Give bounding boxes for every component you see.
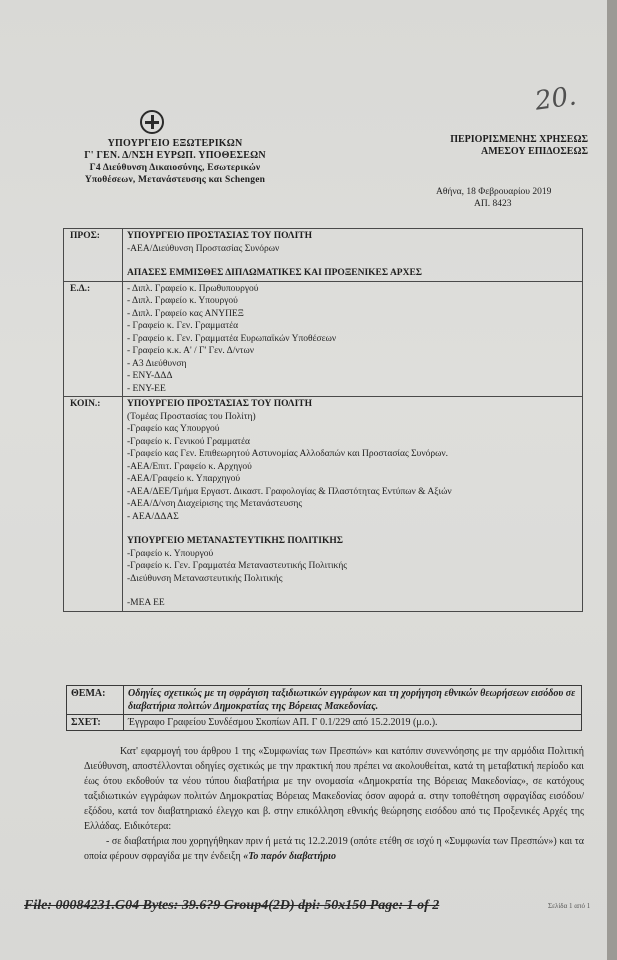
subject-text: Οδηγίες σχετικώς με τη σφράγιση ταξιδιωτ… (124, 686, 582, 715)
classification-restricted: ΠΕΡΙΟΡΙΣΜΕΝΗΣ ΧΡΗΣΕΩΣ (420, 134, 588, 146)
pros-label: ΠΡΟΣ: (64, 229, 123, 282)
handwritten-note: 20. (533, 81, 578, 116)
scan-edge (607, 0, 617, 960)
koin-subheading: (Τομέας Προστασίας του Πολίτη) (127, 411, 578, 424)
protocol-number: ΑΠ. 8423 (436, 198, 551, 210)
list-item: -ΑΕΑ/Γραφείο κ. Υπαρχηγού (127, 473, 578, 486)
pros-heading: ΥΠΟΥΡΓΕΙΟ ΠΡΟΣΤΑΣΙΑΣ ΤΟΥ ΠΟΛΙΤΗ (127, 230, 578, 243)
list-item: - ΑΕΑ/ΔΔΑΣ (127, 511, 578, 524)
list-item: -Γραφείο κ. Γενικού Γραμματέα (127, 436, 578, 449)
sender-block: ΥΠΟΥΡΓΕΙΟ ΕΞΩΤΕΡΙΚΩΝ Γ' ΓΕΝ. Δ/ΝΣΗ ΕΥΡΩΠ… (60, 138, 290, 186)
list-item: -Γραφείο κ. Γεν. Γραμματέα Μεταναστευτικ… (127, 560, 578, 573)
list-item: -ΑΕΑ/ΔΕΕ/Τμήμα Εργαστ. Δικαστ. Γραφολογί… (127, 486, 578, 499)
ed-content: - Διπλ. Γραφείο κ. Πρωθυπουργού - Διπλ. … (123, 281, 583, 397)
document-page: 20. ΥΠΟΥΡΓΕΙΟ ΕΞΩΤΕΡΙΚΩΝ Γ' ΓΕΝ. Δ/ΝΣΗ Ε… (0, 0, 617, 960)
list-item: - Διπλ. Γραφείο κ. Υπουργού (127, 295, 578, 308)
date-block: Αθήνα, 18 Φεβρουαρίου 2019 ΑΠ. 8423 (436, 186, 551, 210)
list-item: -ΜΕΑ ΕΕ (127, 597, 578, 610)
list-item: -Γραφείο κ. Υπουργού (127, 548, 578, 561)
list-item: - Γραφείο κ. Γεν. Γραμματέα Ευρωπαϊκών Υ… (127, 333, 578, 346)
list-item: - ΕΝΥ-ΕΕ (127, 383, 578, 396)
list-item: -Γραφείο κας Γεν. Επιθεωρητού Αστυνομίας… (127, 448, 578, 461)
list-item: -Διεύθυνση Μεταναστευτικής Πολιτικής (127, 573, 578, 586)
reference-row: ΣΧΕΤ: Έγγραφο Γραφείου Συνδέσμου Σκοπίων… (67, 715, 582, 731)
document-body: Κατ' εφαρμογή του άρθρου 1 της «Συμφωνία… (84, 744, 584, 864)
classification-urgent: ΑΜΕΣΟΥ ΕΠΙΔΟΣΕΩΣ (420, 146, 588, 158)
koin-label: ΚΟΙΝ.: (64, 397, 123, 612)
reference-label: ΣΧΕΤ: (67, 715, 124, 731)
list-item: - Διπλ. Γραφείο κ. Πρωθυπουργού (127, 283, 578, 296)
list-item: -ΑΕΑ/Επιτ. Γραφείο κ. Αρχηγού (127, 461, 578, 474)
subject-table: ΘΕΜΑ: Οδηγίες σχετικώς με τη σφράγιση τα… (66, 685, 582, 731)
sender-department: Γ4 Διεύθυνση Δικαιοσύνης, Εσωτερικών (60, 162, 290, 174)
fax-header-line: File: 00084231.G04 Bytes: 39.6?9 Group4(… (24, 898, 584, 914)
recipients-row-pros: ΠΡΟΣ: ΥΠΟΥΡΓΕΙΟ ΠΡΟΣΤΑΣΙΑΣ ΤΟΥ ΠΟΛΙΤΗ -Α… (64, 229, 583, 282)
sender-department-2: Υποθέσεων, Μετανάστευσης και Schengen (60, 174, 290, 186)
recipients-row-koin: ΚΟΙΝ.: ΥΠΟΥΡΓΕΙΟ ΠΡΟΣΤΑΣΙΑΣ ΤΟΥ ΠΟΛΙΤΗ (… (64, 397, 583, 612)
koin-heading-2: ΥΠΟΥΡΓΕΙΟ ΜΕΤΑΝΑΣΤΕΥΤΙΚΗΣ ΠΟΛΙΤΙΚΗΣ (127, 535, 578, 548)
body-paragraph: Κατ' εφαρμογή του άρθρου 1 της «Συμφωνία… (84, 744, 584, 834)
sender-ministry: ΥΠΟΥΡΓΕΙΟ ΕΞΩΤΕΡΙΚΩΝ (60, 138, 290, 150)
greek-coat-of-arms-icon (140, 110, 164, 134)
classification-block: ΠΕΡΙΟΡΙΣΜΕΝΗΣ ΧΡΗΣΕΩΣ ΑΜΕΣΟΥ ΕΠΙΔΟΣΕΩΣ (420, 134, 588, 158)
list-item: - Γραφείο κ.κ. Α' / Γ' Γεν. Δ/ντων (127, 345, 578, 358)
sender-directorate: Γ' ΓΕΝ. Δ/ΝΣΗ ΕΥΡΩΠ. ΥΠΟΘΕΣΕΩΝ (60, 150, 290, 162)
pros-heading-2: ΑΠΑΣΕΣ ΕΜΜΙΣΘΕΣ ΔΙΠΛΩΜΑΤΙΚΕΣ ΚΑΙ ΠΡΟΞΕΝΙ… (127, 267, 578, 280)
document-date: Αθήνα, 18 Φεβρουαρίου 2019 (436, 186, 551, 198)
reference-text: Έγγραφο Γραφείου Συνδέσμου Σκοπίων ΑΠ. Γ… (124, 715, 582, 731)
koin-heading: ΥΠΟΥΡΓΕΙΟ ΠΡΟΣΤΑΣΙΑΣ ΤΟΥ ΠΟΛΙΤΗ (127, 398, 578, 411)
koin-content: ΥΠΟΥΡΓΕΙΟ ΠΡΟΣΤΑΣΙΑΣ ΤΟΥ ΠΟΛΙΤΗ (Τομέας … (123, 397, 583, 612)
pros-item: -ΑΕΑ/Διεύθυνση Προστασίας Συνόρων (127, 243, 578, 256)
ed-label: Ε.Δ.: (64, 281, 123, 397)
recipients-row-ed: Ε.Δ.: - Διπλ. Γραφείο κ. Πρωθυπουργού - … (64, 281, 583, 397)
list-item: -ΑΕΑ/Δ/νση Διαχείρισης της Μετανάστευσης (127, 498, 578, 511)
body-bullet: - σε διαβατήρια που χορηγήθηκαν πριν ή μ… (84, 834, 584, 864)
recipients-table: ΠΡΟΣ: ΥΠΟΥΡΓΕΙΟ ΠΡΟΣΤΑΣΙΑΣ ΤΟΥ ΠΟΛΙΤΗ -Α… (63, 228, 583, 612)
list-item: - ΕΝΥ-ΔΔΔ (127, 370, 578, 383)
subject-row: ΘΕΜΑ: Οδηγίες σχετικώς με τη σφράγιση τα… (67, 686, 582, 715)
list-item: - Διπλ. Γραφείο κας ΑΝΥΠΕΞ (127, 308, 578, 321)
page-number: Σελίδα 1 από 1 (548, 902, 590, 910)
list-item: - Α3 Διεύθυνση (127, 358, 578, 371)
bullet-quote: «Το παρόν διαβατήριο (243, 851, 336, 862)
pros-content: ΥΠΟΥΡΓΕΙΟ ΠΡΟΣΤΑΣΙΑΣ ΤΟΥ ΠΟΛΙΤΗ -ΑΕΑ/Διε… (123, 229, 583, 282)
subject-label: ΘΕΜΑ: (67, 686, 124, 715)
list-item: -Γραφείο κας Υπουργού (127, 423, 578, 436)
list-item: - Γραφείο κ. Γεν. Γραμματέα (127, 320, 578, 333)
